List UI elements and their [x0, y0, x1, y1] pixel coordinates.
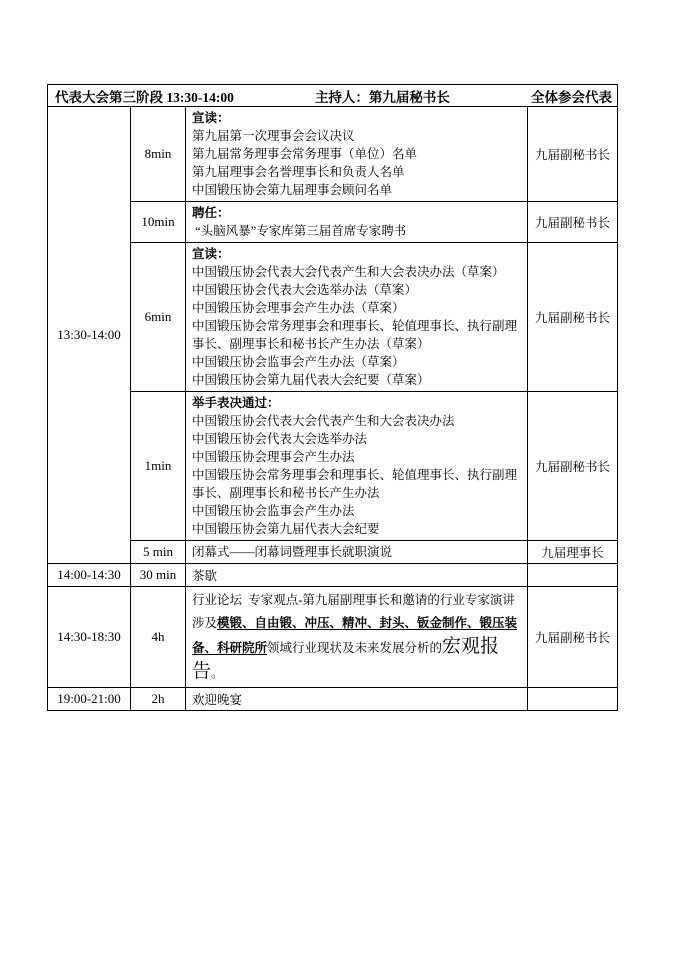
person-cell: 九届副秘书长 — [528, 107, 618, 202]
content-line: 中国锻压协会代表大会代表产生和大会表决办法 — [192, 412, 525, 430]
content-cell: 宣读： 中国锻压协会代表大会代表产生和大会表决办法（草案） 中国锻压协会代表大会… — [186, 243, 528, 392]
table-row: 10min 聘任： “头脑风暴”专家库第三届首席专家聘书 九届副秘书长 — [48, 202, 618, 243]
duration-cell: 6min — [131, 243, 186, 392]
person-cell — [528, 564, 618, 587]
content-cell: 闭幕式——闭幕词暨理事长就职演说 — [186, 541, 528, 564]
content-line: 中国锻压协会第九届代表大会纪要 — [192, 520, 525, 538]
forum-line-1: 行业论坛 专家观点-第九届副理事长和邀请的行业专家演讲 — [192, 589, 525, 612]
duration-cell: 4h — [131, 587, 186, 688]
duration-cell: 30 min — [131, 564, 186, 587]
duration-cell: 5 min — [131, 541, 186, 564]
duration-cell: 2h — [131, 688, 186, 711]
content-cell: 茶歇 — [186, 564, 528, 587]
time-cell: 14:30-18:30 — [48, 587, 131, 688]
table-row: 6min 宣读： 中国锻压协会代表大会代表产生和大会表决办法（草案） 中国锻压协… — [48, 243, 618, 392]
content-line: 中国锻压协会常务理事会和理事长、轮值理事长、执行副理事长、副理事长和秘书长产生办… — [192, 466, 525, 502]
content-line: 第九届理事会名誉理事长和负责人名单 — [192, 163, 525, 181]
person-cell: 九届理事长 — [528, 541, 618, 564]
time-cell: 19:00-21:00 — [48, 688, 131, 711]
content-line: 中国锻压协会监事会产生办法（草案） — [192, 353, 525, 371]
content-label: 宣读： — [192, 245, 525, 263]
content-cell: 宣读： 第九届第一次理事会会议决议 第九届常务理事会常务理事（单位）名单 第九届… — [186, 107, 528, 202]
content-line: 中国锻压协会代表大会代表产生和大会表决办法（草案） — [192, 263, 525, 281]
person-cell: 九届副秘书长 — [528, 202, 618, 243]
content-line: 中国锻压协会常务理事会和理事长、轮值理事长、执行副理事长、副理事长和秘书长产生办… — [192, 317, 525, 353]
agenda-table: 代表大会第三阶段 13:30-14:00 主持人：第九届秘书长 全体参会代表 1… — [47, 84, 618, 711]
table-row: 14:00-14:30 30 min 茶歇 — [48, 564, 618, 587]
content-label: 宣读： — [192, 109, 525, 127]
content-label: 举手表决通过： — [192, 394, 525, 412]
header-row: 代表大会第三阶段 13:30-14:00 主持人：第九届秘书长 全体参会代表 — [48, 85, 618, 107]
content-cell: 聘任： “头脑风暴”专家库第三届首席专家聘书 — [186, 202, 528, 243]
content-line: 中国锻压协会代表大会选举办法 — [192, 430, 525, 448]
person-cell: 九届副秘书长 — [528, 392, 618, 541]
forum-text-suffix: 。 — [211, 666, 224, 680]
person-cell: 九届副秘书长 — [528, 587, 618, 688]
content-cell: 欢迎晚宴 — [186, 688, 528, 711]
duration-cell: 10min — [131, 202, 186, 243]
table-row: 13:30-14:00 8min 宣读： 第九届第一次理事会会议决议 第九届常务… — [48, 107, 618, 202]
time-cell: 13:30-14:00 — [48, 107, 131, 564]
duration-cell: 8min — [131, 107, 186, 202]
time-cell: 14:00-14:30 — [48, 564, 131, 587]
person-cell: 九届副秘书长 — [528, 243, 618, 392]
forum-text-middle: 领域行业现状及未来发展分析的 — [267, 641, 442, 655]
content-line: 中国锻压协会代表大会选举办法（草案） — [192, 281, 525, 299]
content-line: 第九届第一次理事会会议决议 — [192, 127, 525, 145]
person-cell — [528, 688, 618, 711]
content-line: 第九届常务理事会常务理事（单位）名单 — [192, 145, 525, 163]
content-line: 闭幕式——闭幕词暨理事长就职演说 — [192, 543, 525, 561]
content-cell: 行业论坛 专家观点-第九届副理事长和邀请的行业专家演讲 涉及模锻、自由锻、冲压、… — [186, 587, 528, 688]
duration-cell: 1min — [131, 392, 186, 541]
forum-text-prefix: 涉及 — [192, 616, 217, 630]
content-line: 中国锻压协会第九届理事会顾问名单 — [192, 181, 525, 199]
header-cell: 代表大会第三阶段 13:30-14:00 主持人：第九届秘书长 全体参会代表 — [48, 85, 618, 107]
document-page: 代表大会第三阶段 13:30-14:00 主持人：第九届秘书长 全体参会代表 1… — [0, 0, 690, 975]
attendees-label: 全体参会代表 — [531, 86, 612, 106]
content-label: 聘任： — [192, 204, 525, 222]
table-row: 14:30-18:30 4h 行业论坛 专家观点-第九届副理事长和邀请的行业专家… — [48, 587, 618, 688]
content-cell: 举手表决通过： 中国锻压协会代表大会代表产生和大会表决办法 中国锻压协会代表大会… — [186, 392, 528, 541]
content-line: 中国锻压协会理事会产生办法 — [192, 448, 525, 466]
stage-title: 代表大会第三阶段 13:30-14:00 — [55, 86, 234, 106]
table-row: 19:00-21:00 2h 欢迎晚宴 — [48, 688, 618, 711]
content-line: 中国锻压协会第九届代表大会纪要（草案） — [192, 371, 525, 389]
content-line: “头脑风暴”专家库第三届首席专家聘书 — [192, 222, 525, 240]
content-line: 中国锻压协会理事会产生办法（草案） — [192, 299, 525, 317]
table-row: 5 min 闭幕式——闭幕词暨理事长就职演说 九届理事长 — [48, 541, 618, 564]
table-row: 1min 举手表决通过： 中国锻压协会代表大会代表产生和大会表决办法 中国锻压协… — [48, 392, 618, 541]
content-line: 中国锻压协会监事会产生办法 — [192, 502, 525, 520]
forum-line-2: 涉及模锻、自由锻、冲压、精冲、封头、钣金制作、锻压装备、科研院所领域行业现状及未… — [192, 612, 525, 685]
host-label: 主持人：第九届秘书长 — [315, 86, 450, 106]
